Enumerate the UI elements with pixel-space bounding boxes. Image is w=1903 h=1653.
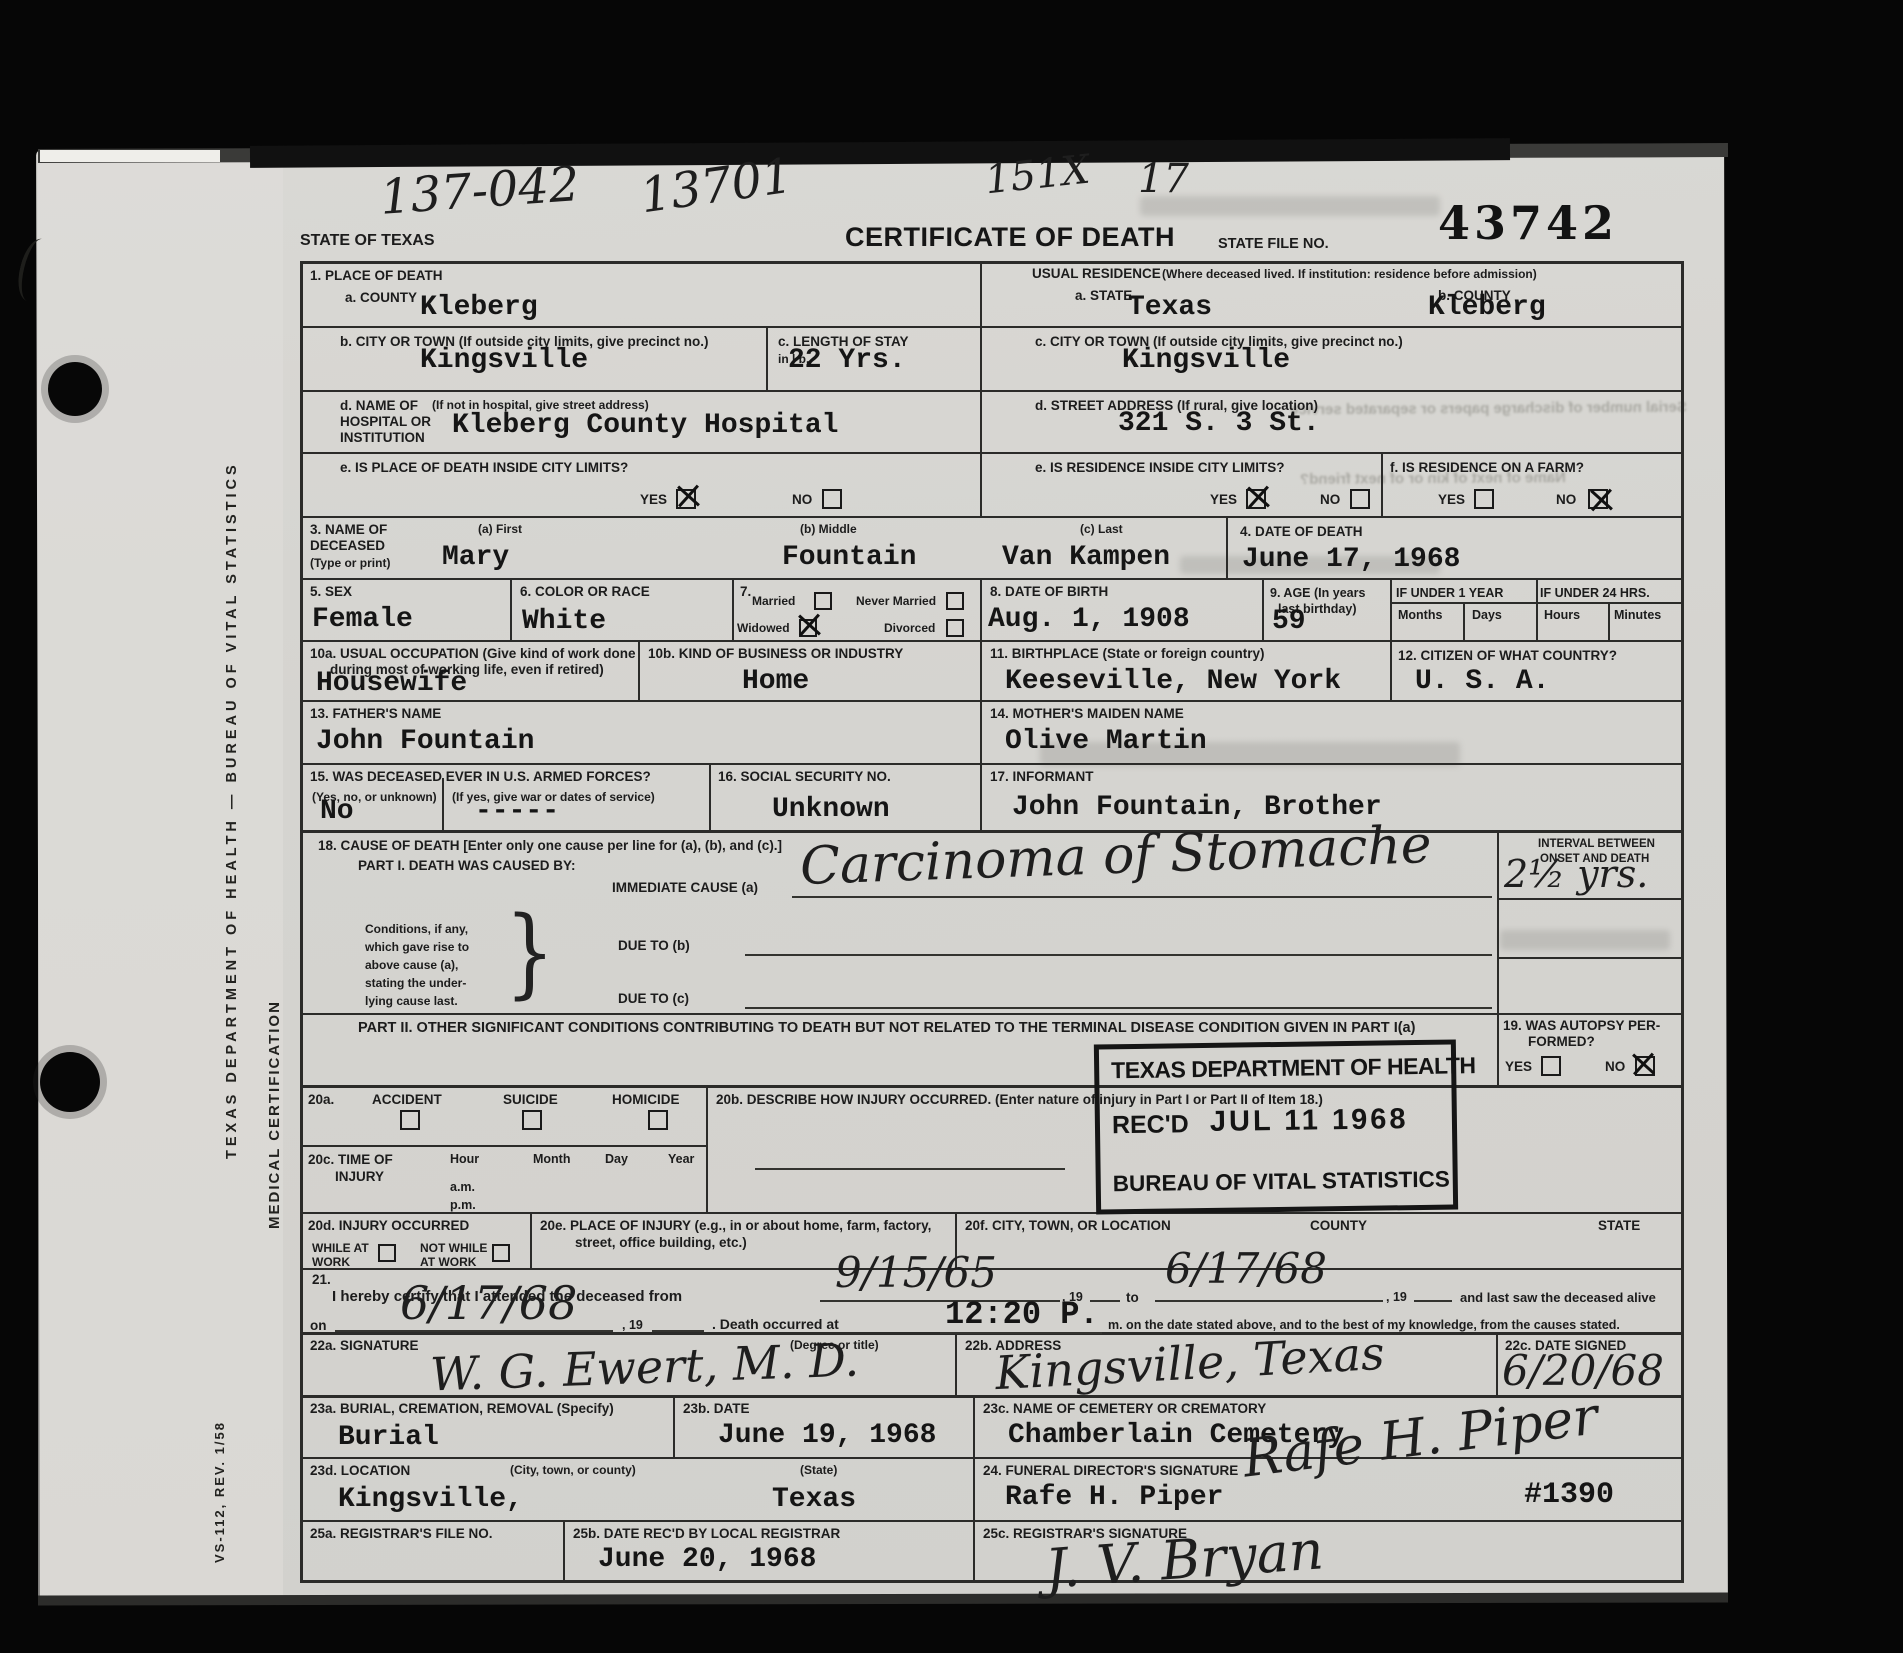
describe-injury-label: 20b. DESCRIBE HOW INJURY OCCURRED. (Ente…	[716, 1092, 1323, 1107]
burial-date-value: June 19, 1968	[718, 1420, 936, 1451]
res-state-label: a. STATE	[1075, 288, 1132, 303]
certify-to-label: to	[1126, 1290, 1139, 1305]
registrar-date-value: June 20, 1968	[598, 1544, 816, 1575]
state-of-texas-label: STATE OF TEXAS	[300, 232, 435, 250]
handwritten-code-4: 17	[1138, 156, 1189, 202]
divorced-label: Divorced	[884, 621, 935, 635]
state-file-number-stamp: 43742	[1438, 196, 1618, 250]
injury-item-label: 20a.	[308, 1092, 334, 1107]
days-label: Days	[1472, 608, 1502, 622]
received-stamp: TEXAS DEPARTMENT OF HEALTH REC'D JUL 11 …	[1094, 1039, 1458, 1214]
married-label: Married	[752, 594, 795, 608]
day-label: Day	[605, 1152, 628, 1166]
ssn-label: 16. SOCIAL SECURITY NO.	[718, 769, 891, 784]
suicide-label: SUICIDE	[503, 1092, 558, 1107]
accident-label: ACCIDENT	[372, 1092, 442, 1107]
occupation-label-1: 10a. USUAL OCCUPATION (Give kind of work…	[310, 646, 636, 661]
page-title: CERTIFICATE OF DEATH	[845, 222, 1175, 253]
stamp-line-1: TEXAS DEPARTMENT OF HEALTH	[1111, 1052, 1476, 1084]
autopsy-yes-label: YES	[1505, 1059, 1532, 1074]
burial-city-value: Kingsville,	[338, 1484, 523, 1515]
ssn-value: Unknown	[772, 794, 890, 825]
widowed-label: Widowed	[737, 621, 790, 635]
industry-label: 10b. KIND OF BUSINESS OR INDUSTRY	[648, 646, 903, 661]
conditions-note-2: which gave rise to	[365, 940, 469, 954]
burial-location-note-2: (State)	[800, 1463, 837, 1477]
funeral-director-label: 24. FUNERAL DIRECTOR'S SIGNATURE	[983, 1463, 1238, 1478]
father-label: 13. FATHER'S NAME	[310, 706, 441, 721]
margin-department-text: TEXAS DEPARTMENT OF HEALTH — BUREAU OF V…	[224, 360, 240, 1260]
pod-yes-checkmark	[678, 486, 698, 506]
res-county-value: Kleberg	[1428, 292, 1546, 323]
place-of-injury-label-2: street, office building, etc.)	[575, 1235, 747, 1250]
last-name-label: (c) Last	[1080, 522, 1123, 536]
months-label: Months	[1398, 608, 1442, 622]
dob-value: Aug. 1, 1908	[988, 604, 1190, 635]
mother-value: Olive Martin	[1005, 726, 1207, 757]
name-label-3: (Type or print)	[310, 556, 390, 570]
armed-forces-label: 15. WAS DECEASED EVER IN U.S. ARMED FORC…	[310, 769, 651, 784]
registrar-file-label: 25a. REGISTRAR'S FILE NO.	[310, 1526, 493, 1541]
first-name-value: Mary	[442, 542, 509, 573]
race-value: White	[522, 606, 606, 637]
sex-label: 5. SEX	[310, 584, 352, 599]
name-label-1: 3. NAME OF	[310, 522, 387, 537]
res-city-limits-label: e. IS RESIDENCE INSIDE CITY LIMITS?	[1035, 460, 1285, 475]
conditions-note-4: stating the under-	[365, 976, 466, 990]
certify-19-b: , 19	[1386, 1290, 1407, 1304]
pod-no-checkbox	[822, 489, 842, 509]
occupation-value: Housewife	[316, 668, 467, 699]
injury-state-label: STATE	[1598, 1218, 1640, 1233]
farm-yes-label: YES	[1438, 492, 1465, 507]
not-while-at-work-label-2: AT WORK	[420, 1255, 476, 1269]
res-no-checkbox	[1350, 489, 1370, 509]
res-farm-label: f. IS RESIDENCE ON A FARM?	[1390, 460, 1584, 475]
certify-on-label: on	[310, 1318, 327, 1333]
autopsy-yes-checkbox	[1541, 1056, 1561, 1076]
burial-location-note-1: (City, town, or county)	[510, 1463, 636, 1477]
certify-text-2: and last saw the deceased alive	[1460, 1290, 1656, 1305]
part1-label: PART I. DEATH WAS CAUSED BY:	[358, 858, 576, 873]
while-at-work-label-1: WHILE AT	[312, 1241, 369, 1255]
pm-label: p.m.	[450, 1198, 476, 1212]
father-value: John Fountain	[316, 726, 534, 757]
death-on-date: 6/17/68	[400, 1276, 577, 1330]
burial-type-value: Burial	[338, 1422, 439, 1453]
punch-hole-top	[48, 362, 102, 416]
while-at-work-checkbox	[378, 1244, 396, 1262]
immediate-cause-label: IMMEDIATE CAUSE (a)	[612, 880, 758, 895]
attended-to-date: 6/17/68	[1165, 1244, 1327, 1293]
signature-label: 22a. SIGNATURE	[310, 1338, 419, 1353]
cemetery-label: 23c. NAME OF CEMETERY OR CREMATORY	[983, 1401, 1266, 1416]
homicide-label: HOMICIDE	[612, 1092, 680, 1107]
not-while-at-work-checkbox	[492, 1244, 510, 1262]
pod-no-label: NO	[792, 492, 812, 507]
armed-forces-detail: -----	[475, 796, 559, 827]
scan-bottom-edge	[38, 1593, 1728, 1606]
funeral-director-typed-name: Rafe H. Piper	[1005, 1482, 1223, 1513]
autopsy-no-label: NO	[1605, 1059, 1625, 1074]
divorced-checkbox	[946, 619, 964, 637]
farm-yes-checkbox	[1474, 489, 1494, 509]
widowed-checkmark	[799, 615, 819, 635]
age-label-1: 9. AGE (In years	[1270, 586, 1365, 600]
hour-label: Hour	[450, 1152, 479, 1166]
time-of-injury-label-1: 20c. TIME OF	[308, 1152, 393, 1167]
registrar-date-label: 25b. DATE REC'D BY LOCAL REGISTRAR	[573, 1526, 840, 1541]
pod-hospital-value: Kleberg County Hospital	[452, 410, 838, 441]
name-label-2: DECEASED	[310, 538, 385, 553]
bleed-through-text: Serial number of discharge papers or sep…	[1290, 399, 1687, 419]
certify-item-number: 21.	[312, 1272, 331, 1287]
certify-text-3: . Death occurred at	[712, 1316, 839, 1332]
accident-checkbox	[400, 1110, 420, 1130]
suicide-checkbox	[522, 1110, 542, 1130]
homicide-checkbox	[648, 1110, 668, 1130]
citizen-label: 12. CITIZEN OF WHAT COUNTRY?	[1398, 648, 1617, 663]
farm-no-checkmark	[1591, 490, 1611, 510]
part2-label: PART II. OTHER SIGNIFICANT CONDITIONS CO…	[358, 1020, 1415, 1036]
burial-location-label: 23d. LOCATION	[310, 1463, 410, 1478]
stamp-line-2: BUREAU OF VITAL STATISTICS	[1113, 1167, 1450, 1198]
autopsy-label-2: FORMED?	[1528, 1034, 1595, 1049]
mother-label: 14. MOTHER'S MAIDEN NAME	[990, 706, 1184, 721]
sex-value: Female	[312, 604, 413, 635]
res-street-value: 321 S. 3 St.	[1118, 408, 1320, 439]
certify-19-c: , 19	[622, 1318, 643, 1332]
res-yes-checkmark	[1248, 487, 1268, 507]
am-label: a.m.	[450, 1180, 475, 1194]
punch-hole-bottom	[40, 1052, 100, 1112]
place-of-injury-label-1: 20e. PLACE OF INJURY (e.g., in or about …	[540, 1218, 931, 1233]
pod-hospital-label-1: d. NAME OF	[340, 398, 418, 413]
margin-medical-certification-text: MEDICAL CERTIFICATION	[266, 965, 283, 1265]
if-under-1-year-label: IF UNDER 1 YEAR	[1396, 586, 1503, 600]
age-value: 59	[1272, 606, 1306, 637]
married-checkbox	[814, 592, 832, 610]
citizen-value: U. S. A.	[1415, 666, 1549, 697]
res-state-value: Texas	[1128, 292, 1212, 323]
burial-state-value: Texas	[772, 1484, 856, 1515]
pod-hospital-label-3: INSTITUTION	[340, 430, 425, 445]
residence-section-label: USUAL RESIDENCE	[1032, 266, 1161, 281]
time-of-death-value: 12:20 P.	[945, 1296, 1099, 1333]
time-of-injury-label-2: INJURY	[335, 1169, 384, 1184]
residence-section-note: (Where deceased lived. If institution: r…	[1162, 267, 1537, 281]
if-under-24-hrs-label: IF UNDER 24 HRS.	[1540, 586, 1650, 600]
death-certificate-scan: Serial number of discharge papers or sep…	[0, 0, 1903, 1653]
birthplace-value: Keeseville, New York	[1005, 666, 1341, 697]
cause-of-death-label: 18. CAUSE OF DEATH [Enter only one cause…	[318, 838, 782, 853]
middle-name-label: (b) Middle	[800, 522, 857, 536]
pod-county-value: Kleberg	[420, 292, 538, 323]
informant-label: 17. INFORMANT	[990, 769, 1094, 784]
res-city-value: Kingsville	[1122, 345, 1290, 376]
stamp-date: JUL 11 1968	[1210, 1103, 1409, 1139]
interval-value: 2½ yrs.	[1504, 852, 1648, 896]
due-to-c-label: DUE TO (c)	[618, 991, 689, 1006]
due-to-b-label: DUE TO (b)	[618, 938, 690, 953]
date-of-death-value: June 17, 1968	[1242, 544, 1460, 575]
injury-county-label: COUNTY	[1310, 1218, 1367, 1233]
stamp-recd-label: REC'D	[1112, 1110, 1189, 1140]
never-married-checkbox	[946, 592, 964, 610]
armed-forces-answer: No	[320, 796, 354, 827]
pod-city-value: Kingsville	[420, 345, 588, 376]
injury-city-label: 20f. CITY, TOWN, OR LOCATION	[965, 1218, 1171, 1233]
never-married-label: Never Married	[856, 594, 936, 608]
marital-label: 7.	[740, 584, 751, 599]
year-label: Year	[668, 1152, 694, 1166]
autopsy-label-1: 19. WAS AUTOPSY PER-	[1503, 1018, 1660, 1033]
res-yes-label: YES	[1210, 492, 1237, 507]
while-at-work-label-2: WORK	[312, 1255, 350, 1269]
place-of-death-section-label: 1. PLACE OF DEATH	[310, 268, 443, 283]
res-no-label: NO	[1320, 492, 1340, 507]
farm-no-label: NO	[1556, 492, 1576, 507]
pod-county-label: a. COUNTY	[345, 290, 417, 305]
interval-label-1: INTERVAL BETWEEN	[1538, 838, 1655, 850]
pod-stay-value: 22 Yrs.	[788, 345, 906, 376]
state-file-no-label: STATE FILE NO.	[1218, 236, 1329, 252]
last-name-value: Van Kampen	[1002, 542, 1170, 573]
industry-value: Home	[742, 666, 809, 697]
hours-label: Hours	[1544, 608, 1580, 622]
month-label: Month	[533, 1152, 570, 1166]
burial-type-label: 23a. BURIAL, CREMATION, REMOVAL (Specify…	[310, 1401, 614, 1416]
conditions-note-5: lying cause last.	[365, 994, 458, 1008]
margin-form-code-text: VS-112, REV. 1/58	[212, 1390, 227, 1595]
dob-label: 8. DATE OF BIRTH	[990, 584, 1108, 599]
birthplace-label: 11. BIRTHPLACE (State or foreign country…	[990, 646, 1265, 661]
pod-yes-label: YES	[640, 492, 667, 507]
not-while-at-work-label-1: NOT WHILE	[420, 1241, 487, 1255]
middle-name-value: Fountain	[782, 542, 916, 573]
funeral-director-number: #1390	[1524, 1478, 1614, 1512]
conditions-note-1: Conditions, if any,	[365, 922, 468, 936]
burial-date-label: 23b. DATE	[683, 1401, 750, 1416]
attended-from-date: 9/15/65	[835, 1248, 997, 1297]
conditions-brace: }	[505, 897, 555, 1010]
race-label: 6. COLOR OR RACE	[520, 584, 650, 599]
conditions-note-3: above cause (a),	[365, 958, 458, 972]
pod-hospital-label-2: HOSPITAL OR	[340, 414, 431, 429]
minutes-label: Minutes	[1614, 608, 1661, 622]
first-name-label: (a) First	[478, 522, 522, 536]
date-of-death-label: 4. DATE OF DEATH	[1240, 524, 1363, 539]
scan-top-sliver	[40, 150, 220, 162]
injury-occurred-label: 20d. INJURY OCCURRED	[308, 1218, 469, 1233]
autopsy-no-checkmark	[1633, 1054, 1653, 1074]
pod-city-limits-label: e. IS PLACE OF DEATH INSIDE CITY LIMITS?	[340, 460, 628, 475]
bleed-through-smudge	[1500, 930, 1670, 950]
